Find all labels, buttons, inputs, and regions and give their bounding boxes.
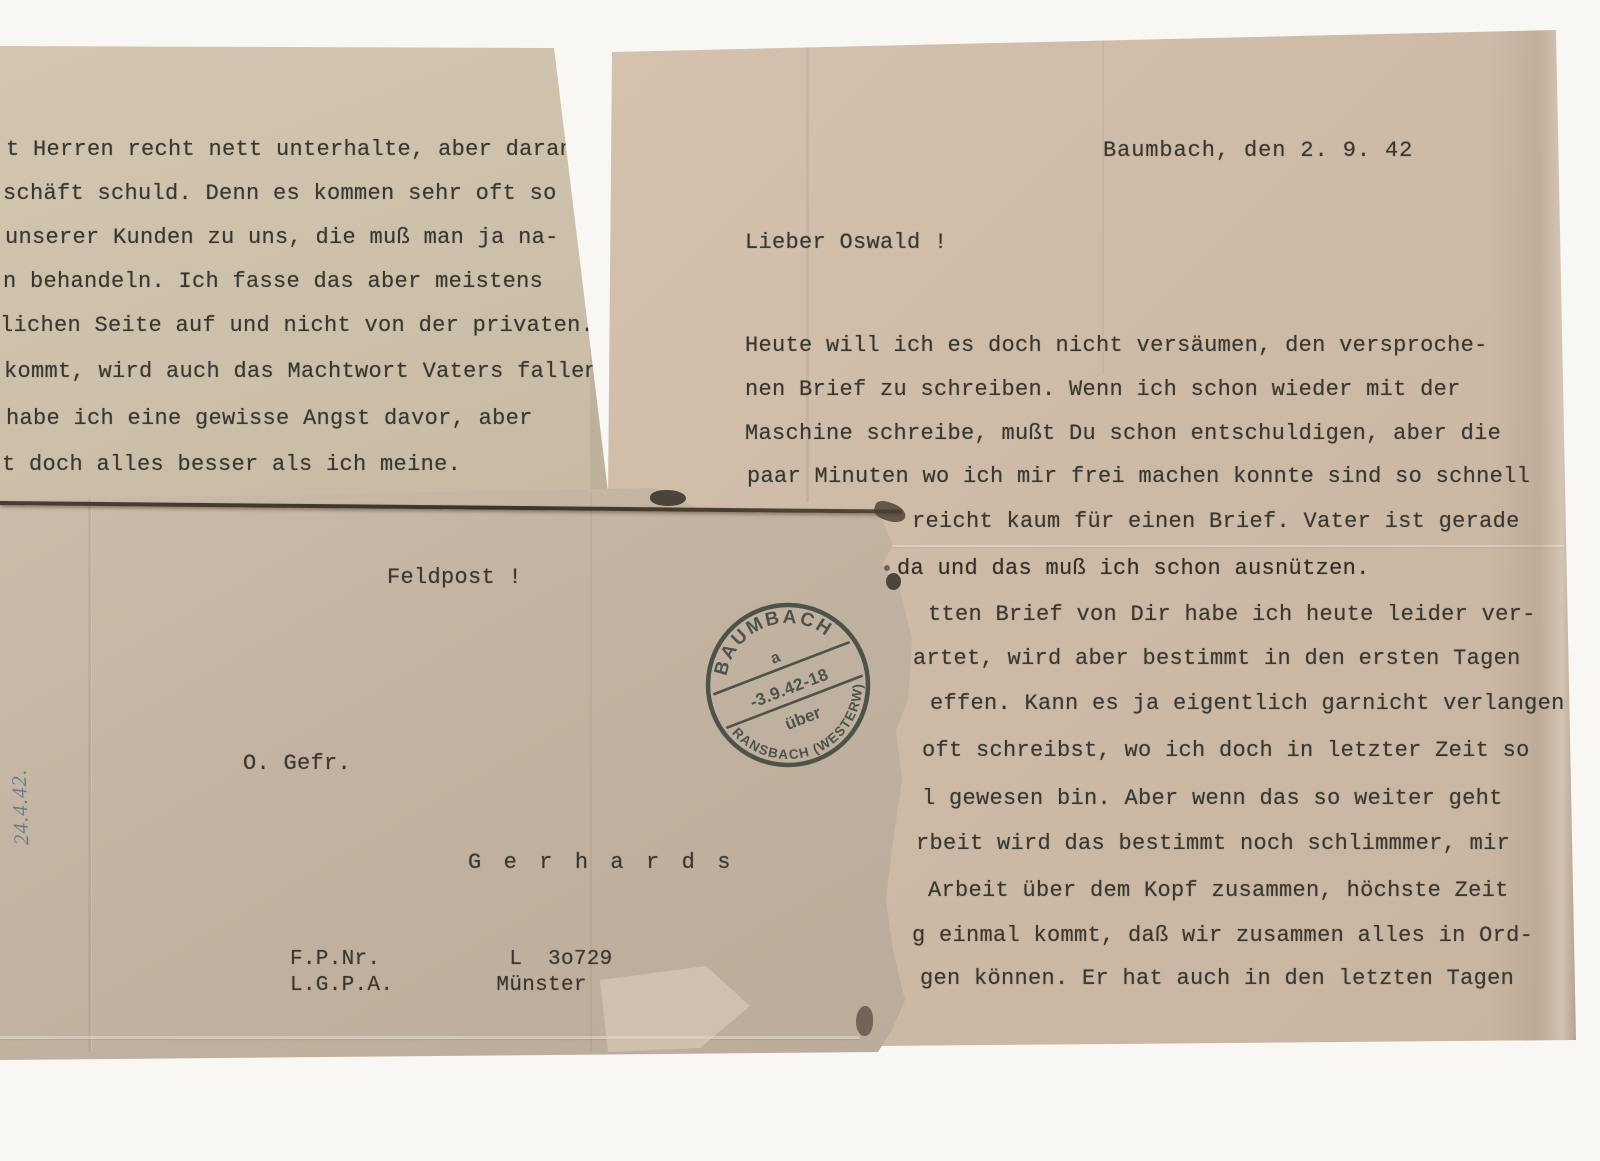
letter-line: oft schreibst, wo ich doch in letzter Ze… [922, 738, 1530, 763]
envelope-corner-flap [598, 964, 758, 1056]
envelope-left-fold [88, 494, 91, 1052]
letter-line: da und das muß ich schon ausnützen. [897, 556, 1370, 581]
ink-smudge [856, 1006, 873, 1036]
letter-salutation: Lieber Oswald ! [745, 230, 948, 255]
letter-line: kommt, wird auch das Machtwort Vaters fa… [4, 359, 598, 384]
letter-line: l gewesen bin. Aber wenn das so weiter g… [922, 786, 1503, 811]
torn-fragment [650, 490, 686, 506]
addressee-name: G e r h a r d s [468, 850, 735, 875]
addressee-rank: O. Gefr. [243, 751, 351, 776]
letter-line: unserer Kunden zu uns, die muß man ja na… [5, 225, 559, 250]
letter-line: t doch alles besser als ich meine. [2, 452, 461, 477]
left-letter-sheet: t Herren recht nett unterhalte, aber dar… [0, 40, 622, 508]
letter-line: tten Brief von Dir habe ich heute leider… [928, 602, 1536, 627]
letter-line: paar Minuten wo ich mir frei machen konn… [747, 464, 1530, 489]
postmark-stamp: BAUMBACH RANSBACH (WESTERW) a -3.9.42-18… [678, 575, 898, 795]
lgpa-line: L.G.P.A. Münster [290, 974, 587, 997]
letter-line: lichen Seite auf und nicht von der priva… [0, 313, 594, 338]
letter-line: g einmal kommt, daß wir zusammen alles i… [912, 923, 1533, 948]
envelope-bottom-fold [0, 1036, 860, 1039]
letter-line: n behandeln. Ich fasse das aber meistens [3, 269, 543, 294]
ink-dot [884, 565, 890, 571]
letter-line: gen können. Er hat auch in den letzten T… [920, 966, 1514, 991]
fieldpost-number-line: F.P.Nr. L 3o729 [290, 948, 613, 971]
letter-line: Maschine schreibe, mußt Du schon entschu… [745, 421, 1501, 446]
letter-line: Heute will ich es doch nicht versäumen, … [745, 333, 1488, 358]
letter-line: nen Brief zu schreiben. Wenn ich schon w… [745, 377, 1461, 402]
letter-dateline: Baumbach, den 2. 9. 42 [1103, 138, 1413, 163]
scanned-letters-photo: Baumbach, den 2. 9. 42 Lieber Oswald ! H… [0, 0, 1600, 1161]
letter-line: schäft schuld. Denn es kommen sehr oft s… [3, 181, 557, 206]
handwritten-date-note: 24.4.42. [6, 752, 36, 863]
letter-line: reicht kaum für einen Brief. Vater ist g… [912, 509, 1520, 534]
letter-line: habe ich eine gewisse Angst davor, aber [6, 406, 533, 431]
letter-line: effen. Kann es ja eigentlich garnicht ve… [930, 691, 1565, 716]
feldpost-label: Feldpost ! [387, 565, 522, 590]
letter-line: Arbeit über dem Kopf zusammen, höchste Z… [928, 878, 1509, 903]
horizontal-crease [830, 545, 1564, 547]
postmark-via: über [782, 703, 824, 734]
letter-line: t Herren recht nett unterhalte, aber dar… [6, 137, 573, 162]
vertical-crease [1102, 34, 1104, 374]
letter-line: artet, wird aber bestimmt in den ersten … [913, 646, 1521, 671]
letter-line: rbeit wird das bestimmt noch schlimmmer,… [916, 831, 1510, 856]
postmark-letter: a [768, 649, 782, 668]
